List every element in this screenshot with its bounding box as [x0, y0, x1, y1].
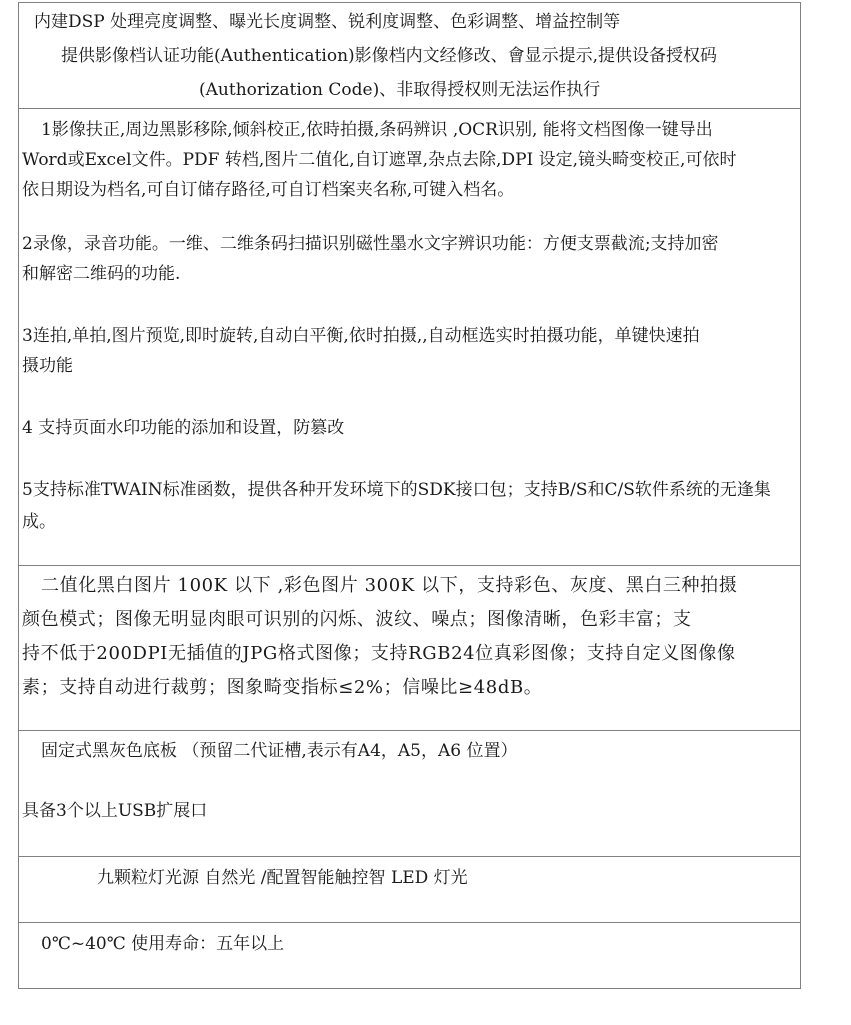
- spec-text-line: 3连拍,单拍,图片预览,即时旋转,自动白平衡,依时拍摄,,自动框选实时拍摄功能，…: [22, 326, 700, 346]
- spec-row-software-features: 1影像扶正,周边黑影移除,倾斜校正,依時拍摄,条码辨识 ,OCR识别, 能将文档…: [19, 109, 800, 566]
- spec-text-line: 依日期设为档名,可自订储存路径,可自订档案夹名称,可键入档名。: [22, 180, 514, 200]
- spec-row-light-source: 九颗粒灯光源 自然光 /配置智能触控智 LED 灯光: [19, 857, 800, 923]
- spec-row-temperature-lifespan: 0℃~40℃ 使用寿命：五年以上: [19, 923, 800, 989]
- spec-text-line: Word或Excel文件。PDF 转档,图片二值化,自订遮罩,杂点去除,DPI …: [22, 150, 736, 170]
- spec-text-line: 和解密二维码的功能.: [22, 264, 180, 284]
- spec-text-line: 4 支持页面水印功能的添加和设置，防篡改: [22, 418, 344, 438]
- spec-text-line: 九颗粒灯光源 自然光 /配置智能触控智 LED 灯光: [97, 868, 468, 888]
- spec-row-dsp-authentication: 内建DSP 处理亮度调整、曝光长度调整、锐利度调整、色彩调整、增益控制等 提供影…: [19, 3, 800, 109]
- spec-row-image-quality: 二值化黑白图片 100K 以下 ,彩色图片 300K 以下，支持彩色、灰度、黑白…: [19, 566, 800, 731]
- spec-text-line: 持不低于200DPI无插值的JPG格式图像；支持RGB24位真彩图像；支持自定义…: [22, 644, 736, 664]
- spec-text-line: 固定式黑灰色底板 （预留二代证槽,表示有A4，A5，A6 位置）: [41, 741, 518, 761]
- spec-text-line: 具备3个以上USB扩展口: [22, 801, 207, 821]
- spec-text-line: 1影像扶正,周边黑影移除,倾斜校正,依時拍摄,条码辨识 ,OCR识别, 能将文档…: [41, 120, 713, 140]
- spec-text-line: (Authorization Code)、非取得授权则无法运作执行: [199, 80, 600, 100]
- spec-text-line: 0℃~40℃ 使用寿命：五年以上: [41, 934, 284, 954]
- spec-text-line: 提供影像档认证功能(Authentication)影像档内文经修改、會显示提示,…: [61, 46, 717, 66]
- spec-table: 内建DSP 处理亮度调整、曝光长度调整、锐利度调整、色彩调整、增益控制等 提供影…: [18, 2, 801, 989]
- spec-text-line: 成。: [22, 512, 56, 532]
- spec-text-line: 素；支持自动进行裁剪；图象畸变指标≤2%；信噪比≥48dB。: [22, 678, 542, 698]
- spec-text-line: 二值化黑白图片 100K 以下 ,彩色图片 300K 以下，支持彩色、灰度、黑白…: [41, 576, 737, 596]
- spec-text-line: 摄功能: [22, 356, 73, 376]
- spec-text-line: 5支持标准TWAIN标准函数，提供各种开发环境下的SDK接口包；支持B/S和C/…: [22, 480, 771, 500]
- spec-text-line: 颜色模式；图像无明显肉眼可识别的闪烁、波纹、噪点；图像清晰，色彩丰富；支: [22, 610, 692, 630]
- spec-row-base-plate-usb: 固定式黑灰色底板 （预留二代证槽,表示有A4，A5，A6 位置） 具备3个以上U…: [19, 731, 800, 857]
- spec-text-line: 内建DSP 处理亮度调整、曝光长度调整、锐利度调整、色彩调整、增益控制等: [34, 12, 620, 32]
- spec-text-line: 2录像，录音功能。一维、二维条码扫描识别磁性墨水文字辨识功能：方便支票截流;支持…: [22, 234, 719, 254]
